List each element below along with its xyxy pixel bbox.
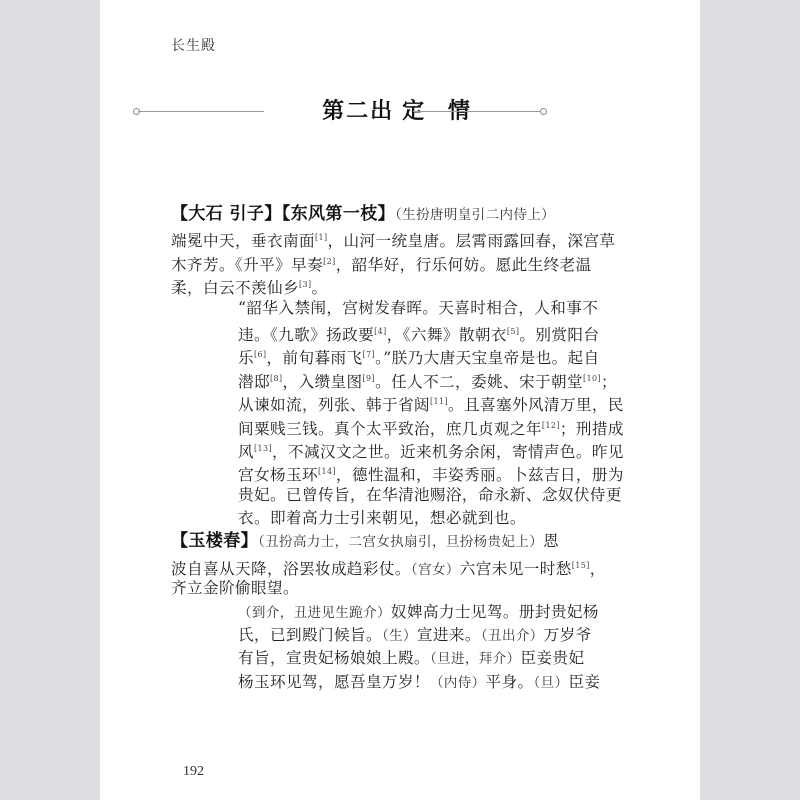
footnote-ref: [11] <box>430 397 448 406</box>
line-text: ，韶华好，行乐何妨。愿此生终老温 <box>336 256 592 274</box>
line-text: 宫女杨玉环 <box>238 466 318 484</box>
line-text: ，入缵皇图 <box>283 373 363 391</box>
footnote-ref: [14] <box>318 467 336 476</box>
rule-end-ornament-right <box>540 108 547 115</box>
line-text: 奴婢高力士见驾。册封贵妃杨 <box>391 603 599 621</box>
chapter-title-row: 第二出定 情 <box>100 96 700 126</box>
line-text: 齐立金阶偷眼望。 <box>171 579 299 597</box>
line-text: 潜邸 <box>238 373 270 391</box>
line-text: “韶华入禁闱，宫树发春晖。天喜时相合，人和事不 <box>238 299 598 317</box>
line-text: 。 <box>312 279 328 297</box>
footnote-ref: [3] <box>299 280 312 289</box>
stage-direction: （丑扮高力士，二宫女执扇引，旦扮杨贵妃上） <box>258 534 543 550</box>
text-line: 风[13]，不减汉文之世。近来机务余闲，寄情声色。昨见 <box>171 437 629 460</box>
stage-direction: （到介，丑进见生跪介） <box>238 605 391 621</box>
footnote-ref: [15] <box>572 561 590 570</box>
stage-direction: （丑出介） <box>481 628 544 644</box>
footnote-ref: [8] <box>270 374 283 383</box>
line-text: ；刑措成 <box>560 420 624 438</box>
line-text: 有旨，宣贵妃杨娘娘上殿。 <box>238 649 430 667</box>
footnote-ref: [5] <box>507 327 520 336</box>
line-text: 臣妾 <box>568 673 600 691</box>
text-line: 木齐芳。《升平》早奏[2]，韶华好，行乐何妨。愿此生终老温 <box>171 250 629 273</box>
line-text: 。任人不二，委姚、宋于朝堂 <box>375 373 583 391</box>
footnote-ref: [2] <box>323 257 336 266</box>
text-line: 氏，已到殿门候旨。（生）宣进来。（丑出介）万岁爷 <box>171 624 629 647</box>
line-text: 臣妾贵妃 <box>521 649 585 667</box>
footnote-ref: [4] <box>374 327 387 336</box>
stage-direction: （旦） <box>534 675 569 691</box>
line-text: ，德性温和，丰姿秀丽。卜兹吉日，册为 <box>336 466 624 484</box>
text-line: 贵妃。已曾传旨，在华清池赐浴，命永新、念奴伏侍更 <box>171 484 629 507</box>
stage-direction: （生扮唐明皇引二内侍上） <box>395 207 555 223</box>
running-head: 长生殿 <box>171 35 216 55</box>
stage-direction: （生） <box>382 628 417 644</box>
line-text: 杨玉环见驾，愿吾皇万岁！ <box>238 673 430 691</box>
stage-direction: （旦进，拜介） <box>430 651 521 667</box>
text-line: 间粟贱三钱。真个太平致治，庶几贞观之年[12]；刑措成 <box>171 414 629 437</box>
line-text: 波自喜从天降，浴罢妆成趋彩仗。 <box>171 560 411 578</box>
text-line: 杨玉环见驾，愿吾皇万岁！（内侍）平身。（旦）臣妾 <box>171 671 629 694</box>
title-rule-right <box>413 111 541 112</box>
footnote-ref: [12] <box>542 421 560 430</box>
page-number: 192 <box>183 764 204 780</box>
line-text: 乐 <box>238 349 254 367</box>
text-line: 【玉楼春】（丑扮高力士，二宫女执扇引，旦扮杨贵妃上）恩 <box>171 530 629 553</box>
script-body: 【大石 引子】【东风第一枝】（生扮唐明皇引二内侍上）端冕中天，垂衣南面[1]，山… <box>171 203 629 694</box>
line-text: 恩 <box>543 532 559 550</box>
text-line: “韶华入禁闱，宫树发春晖。天喜时相合，人和事不 <box>171 297 629 320</box>
footnote-ref: [9] <box>363 374 376 383</box>
line-text: 平身。 <box>486 673 534 691</box>
line-text: 从谏如流，列张、韩于省闼 <box>238 396 430 414</box>
line-text: 柔，白云不羡仙乡 <box>171 279 299 297</box>
text-line: 有旨，宣贵妃杨娘娘上殿。（旦进，拜介）臣妾贵妃 <box>171 647 629 670</box>
line-text: ； <box>601 373 617 391</box>
footnote-ref: [1] <box>315 233 328 242</box>
book-page: 长生殿 第二出定 情 【大石 引子】【东风第一枝】（生扮唐明皇引二内侍上）端冕中… <box>100 0 700 800</box>
text-line: 乐[6]，前旬暮雨飞[7]。”朕乃大唐天宝皇帝是也。起自 <box>171 343 629 366</box>
chapter-number: 第二出 <box>322 98 394 124</box>
line-text: 万岁爷 <box>544 626 592 644</box>
stage-direction: （宫女） <box>411 562 460 578</box>
line-text: ，不减汉文之世。近来机务余闲，寄情声色。昨见 <box>272 443 624 461</box>
line-text: 贵妃。已曾传旨，在华清池赐浴，命永新、念奴伏侍更 <box>238 486 622 504</box>
line-text: 六宫未见一时愁 <box>460 560 572 578</box>
tune-title: 【玉楼春】 <box>171 531 258 551</box>
text-line: 柔，白云不羡仙乡[3]。 <box>171 273 629 296</box>
text-line: 宫女杨玉环[14]，德性温和，丰姿秀丽。卜兹吉日，册为 <box>171 460 629 483</box>
line-text: 风 <box>238 443 254 461</box>
line-text: ，前旬暮雨飞 <box>267 349 363 367</box>
footnote-ref: [13] <box>254 444 272 453</box>
line-text: 。别赏阳台 <box>519 326 599 344</box>
line-text: ， <box>590 560 606 578</box>
line-text: 氏，已到殿门候旨。 <box>238 626 382 644</box>
line-text: 木齐芳。《升平》早奏 <box>171 256 323 274</box>
line-text: 宣进来。 <box>417 626 481 644</box>
text-line: 违。《九歌》扬政要[4]，《六舞》散朝衣[5]。别赏阳台 <box>171 320 629 343</box>
line-text: 端冕中天，垂衣南面 <box>171 232 315 250</box>
tune-title: 【大石 引子】 <box>171 204 282 224</box>
line-text: ，山河一统皇唐。层霄雨露回春，深宫草 <box>328 232 616 250</box>
text-line: 从谏如流，列张、韩于省闼[11]。且喜塞外风清万里，民 <box>171 390 629 413</box>
line-text: 间粟贱三钱。真个太平致治，庶几贞观之年 <box>238 420 542 438</box>
footnote-ref: [10] <box>583 374 601 383</box>
line-text: 衣。即着高力士引来朝见，想必就到也。 <box>238 509 526 527</box>
line-text: 违。《九歌》扬政要 <box>238 326 374 344</box>
tune-title: 【东风第一枝】 <box>282 204 395 224</box>
stage-direction: （内侍） <box>430 675 486 691</box>
text-line: 波自喜从天降，浴罢妆成趋彩仗。（宫女）六宫未见一时愁[15]， <box>171 554 629 577</box>
line-text: 。”朕乃大唐天宝皇帝是也。起自 <box>375 349 600 367</box>
text-line: 潜邸[8]，入缵皇图[9]。任人不二，委姚、宋于朝堂[10]； <box>171 367 629 390</box>
chapter-title: 第二出定 情 <box>100 96 700 126</box>
text-line: 齐立金阶偷眼望。 <box>171 577 629 600</box>
text-line: 衣。即着高力士引来朝见，想必就到也。 <box>171 507 629 530</box>
text-line: 【大石 引子】【东风第一枝】（生扮唐明皇引二内侍上） <box>171 203 629 226</box>
line-text: ，《六舞》散朝衣 <box>387 326 507 344</box>
text-line: （到介，丑进见生跪介）奴婢高力士见驾。册封贵妃杨 <box>171 601 629 624</box>
footnote-ref: [6] <box>254 350 267 359</box>
text-line: 端冕中天，垂衣南面[1]，山河一统皇唐。层霄雨露回春，深宫草 <box>171 226 629 249</box>
line-text: 。且喜塞外风清万里，民 <box>448 396 624 414</box>
footnote-ref: [7] <box>363 350 376 359</box>
